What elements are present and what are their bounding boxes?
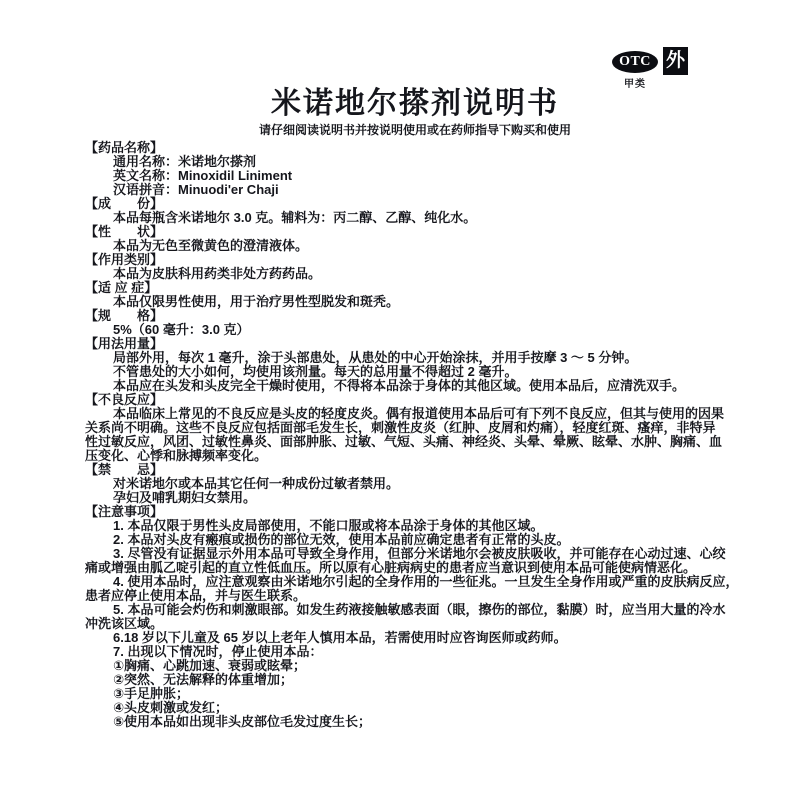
doc-line: 本品应在头发和头皮完全干燥时使用，不得将本品涂于身体的其他区域。使用本品后，应清… — [85, 379, 735, 393]
section-header: 【作用类别】 — [85, 253, 735, 267]
page-title: 米诺地尔搽剂说明书 — [85, 78, 745, 122]
section-header: 【禁 忌】 — [85, 463, 735, 477]
external-use-badge: 外 — [663, 47, 688, 75]
section-header: 【成 份】 — [85, 197, 735, 211]
drug-package-insert: OTC 甲类 外 米诺地尔搽剂说明书 请仔细阅读说明书并按说明使用或在药师指导下… — [0, 0, 800, 800]
doc-line: 本品每瓶含米诺地尔 3.0 克。辅料为：丙二醇、乙醇、纯化水。 — [85, 211, 735, 225]
section-header: 【适 应 症】 — [85, 281, 735, 295]
section-header: 【药品名称】 — [85, 141, 735, 155]
doc-line: 2. 本品对头皮有瘢痕或损伤的部位无效，使用本品前应确定患者有正常的头皮。 — [85, 533, 735, 547]
doc-line: 不管患处的大小如何，均使用该剂量。每天的总用量不得超过 2 毫升。 — [85, 365, 735, 379]
doc-line: 孕妇及哺乳期妇女禁用。 — [85, 491, 735, 505]
doc-line: 本品临床上常见的不良反应是头皮的轻度皮炎。偶有报道使用本品后可有下列不良反应，但… — [85, 407, 735, 421]
doc-line: ④头皮刺激或发红； — [85, 701, 735, 715]
document-body: 【药品名称】通用名称：米诺地尔搽剂英文名称：Minoxidil Liniment… — [85, 141, 735, 729]
doc-line: 本品仅限男性使用，用于治疗男性型脱发和斑秃。 — [85, 295, 735, 309]
section-header: 【规 格】 — [85, 309, 735, 323]
doc-line: 4. 使用本品时，应注意观察由米诺地尔引起的全身作用的一些征兆。一旦发生全身作用… — [85, 575, 735, 589]
doc-line: 本品为无色至微黄色的澄清液体。 — [85, 239, 735, 253]
doc-line: 本品为皮肤科用药类非处方药药品。 — [85, 267, 735, 281]
subtitle: 请仔细阅读说明书并按说明使用或在药师指导下购买和使用 — [85, 121, 745, 138]
section-header: 【不良反应】 — [85, 393, 735, 407]
doc-line: ⑤使用本品如出现非头皮部位毛发过度生长； — [85, 715, 735, 729]
section-header: 【注意事项】 — [85, 505, 735, 519]
doc-line: 患者应停止使用本品，并与医生联系。 — [85, 589, 735, 603]
external-use-badge-text: 外 — [666, 50, 685, 71]
doc-line: 6.18 岁以下儿童及 65 岁以上老年人慎用本品，若需使用时应咨询医师或药师。 — [85, 631, 735, 645]
doc-line: 5%（60 毫升：3.0 克） — [85, 323, 735, 337]
doc-line: ②突然、无法解释的体重增加； — [85, 673, 735, 687]
doc-line: 7. 出现以下情况时，停止使用本品： — [85, 645, 735, 659]
doc-line: 压变化、心悸和脉搏频率变化。 — [85, 449, 735, 463]
doc-line: 性过敏反应，风团、过敏性鼻炎、面部肿胀、过敏、气短、头痛、神经炎、头晕、晕厥、眩… — [85, 435, 735, 449]
doc-line: 汉语拼音：Minuodi'er Chaji — [85, 183, 735, 197]
otc-logo: OTC — [612, 51, 658, 73]
doc-line: 英文名称：Minoxidil Liniment — [85, 169, 735, 183]
doc-line: ③手足肿胀； — [85, 687, 735, 701]
doc-line: 3. 尽管没有证据显示外用本品可导致全身作用，但部分米诺地尔会被皮肤吸收，并可能… — [85, 547, 735, 561]
doc-line: 对米诺地尔或本品其它任何一种成份过敏者禁用。 — [85, 477, 735, 491]
doc-line: 5. 本品可能会灼伤和刺激眼部。如发生药液接触敏感表面（眼，擦伤的部位，黏膜）时… — [85, 603, 735, 617]
doc-line: 1. 本品仅限于男性头皮局部使用，不能口服或将本品涂于身体的其他区域。 — [85, 519, 735, 533]
doc-line: 痛或增强由胍乙啶引起的直立性低血压。所以原有心脏病病史的患者应当意识到使用本品可… — [85, 561, 735, 575]
otc-logo-text: OTC — [619, 54, 651, 69]
section-header: 【用法用量】 — [85, 337, 735, 351]
doc-line: 通用名称：米诺地尔搽剂 — [85, 155, 735, 169]
section-header: 【性 状】 — [85, 225, 735, 239]
doc-line: 局部外用，每次 1 毫升，涂于头部患处，从患处的中心开始涂抹，并用手按摩 3 ～… — [85, 351, 735, 365]
doc-line: 关系尚不明确。这些不良反应包括面部毛发生长，刺激性皮炎（红肿、皮屑和灼痛），轻度… — [85, 421, 735, 435]
doc-line: 冲洗该区域。 — [85, 617, 735, 631]
doc-line: ①胸痛、心跳加速、衰弱或眩晕； — [85, 659, 735, 673]
